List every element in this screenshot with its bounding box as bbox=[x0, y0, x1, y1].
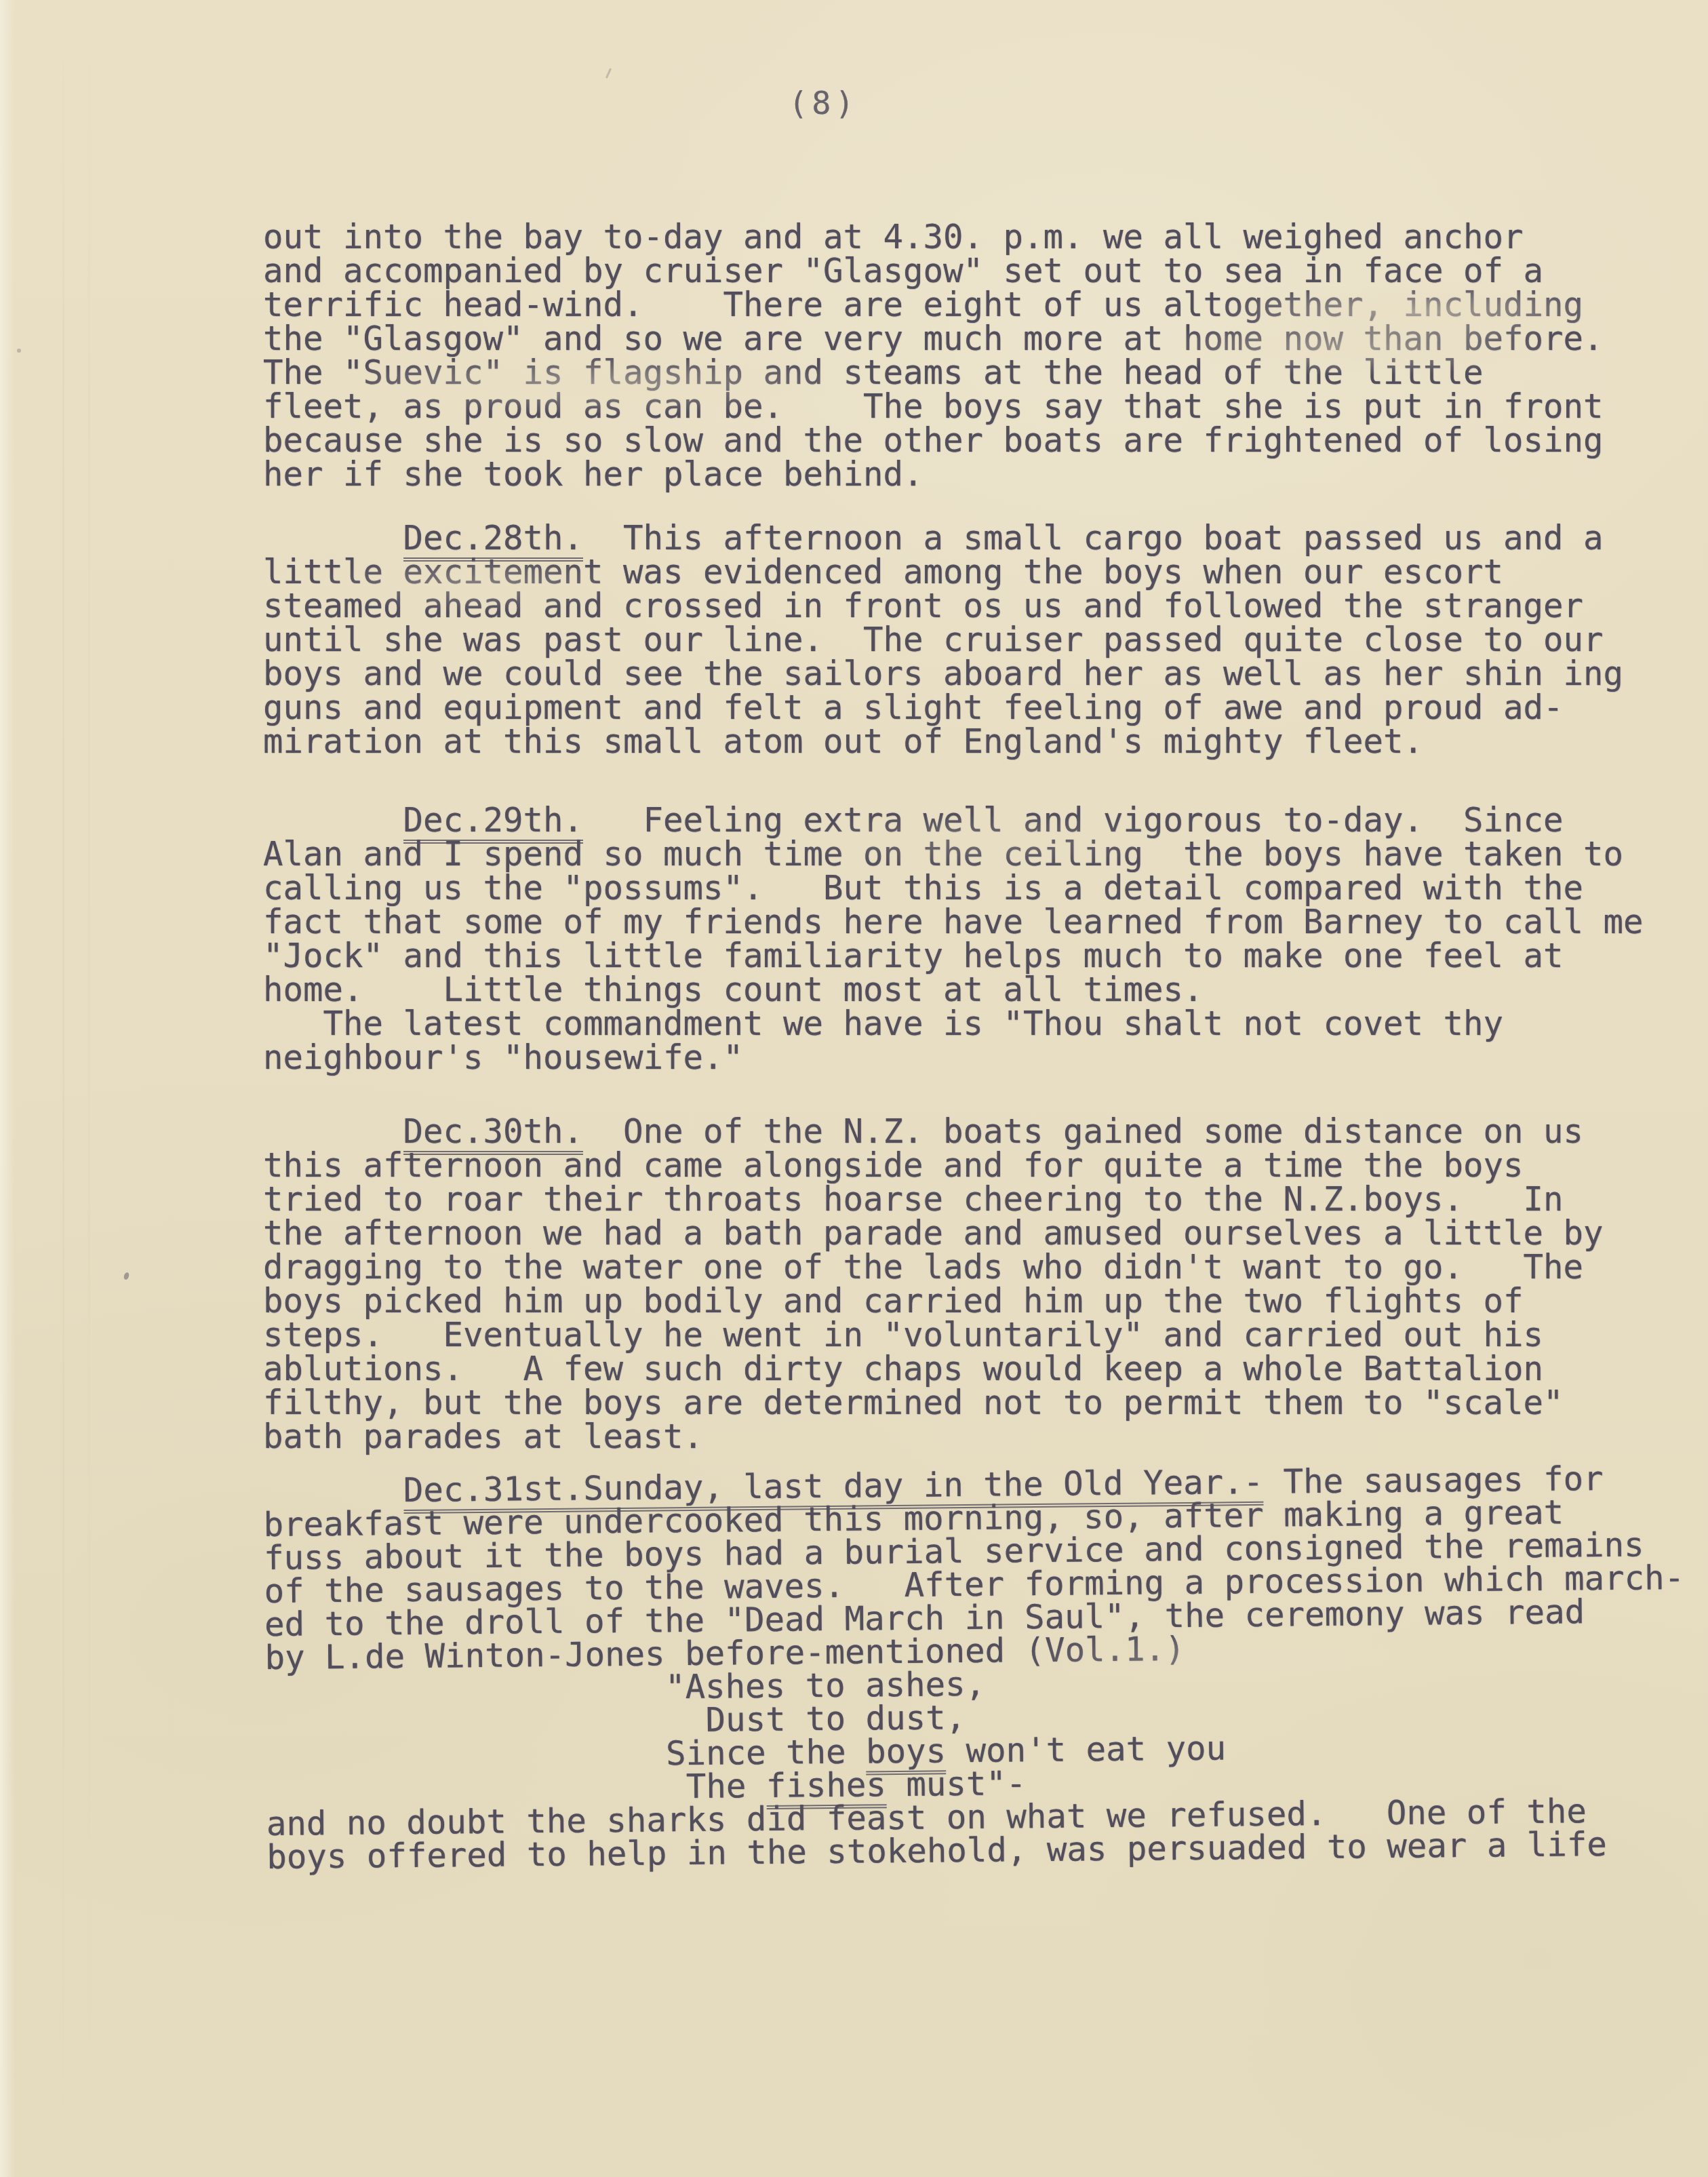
document-page: (8) out into the bay to-day and at 4.30.… bbox=[0, 0, 1708, 2177]
ink-speck bbox=[17, 349, 21, 353]
paragraph-p1: out into the bay to-day and at 4.30. p.m… bbox=[263, 220, 1604, 492]
paragraph-p4: Dec.30th. One of the N.Z. boats gained s… bbox=[263, 1115, 1604, 1454]
paragraph-p2: Dec.28th. This afternoon a small cargo b… bbox=[263, 522, 1623, 759]
paragraph-p3: Dec.29th. Feeling extra well and vigorou… bbox=[263, 804, 1644, 1075]
diary-text: out into the bay to-day and at 4.30. p.m… bbox=[0, 0, 1708, 2177]
paragraph-p5: Dec.31st.Sunday, last day in the Old Yea… bbox=[263, 1462, 1687, 1874]
